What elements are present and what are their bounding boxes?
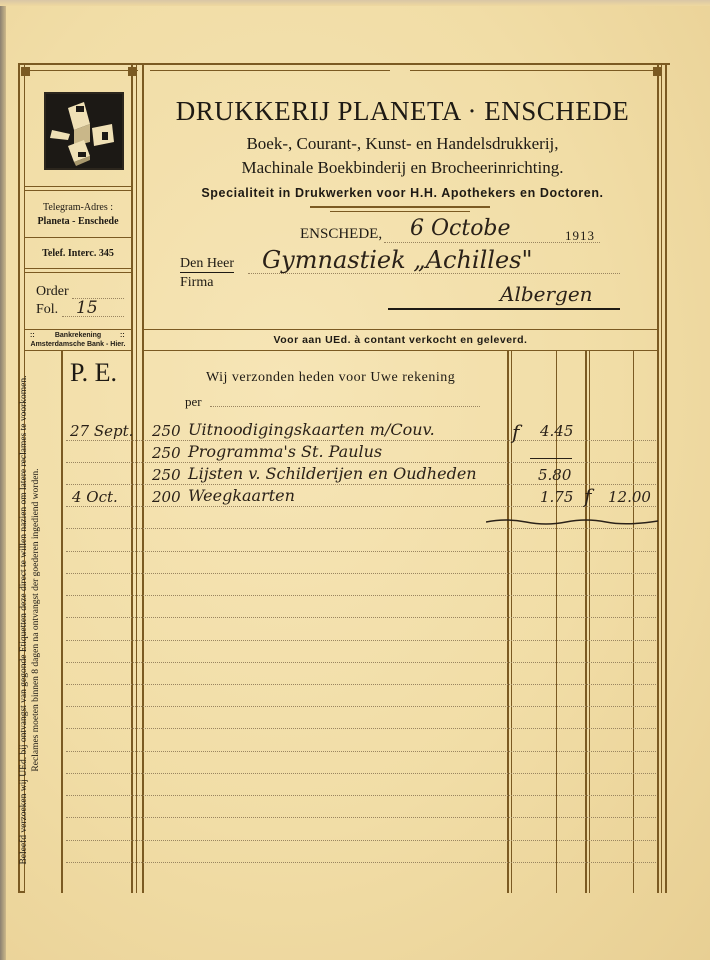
- corner-ornament: [128, 67, 137, 76]
- total-currency: f: [584, 484, 591, 508]
- sold-line: Voor aan UEd. à contant verkocht en gele…: [144, 334, 657, 346]
- frame-top-inner-right: [410, 70, 658, 71]
- place-label: ENSCHEDE,: [300, 226, 382, 243]
- header-divider: [144, 329, 657, 330]
- printer-logo: [44, 92, 124, 170]
- item-desc: Lijsten v. Schilderijen en Oudheden: [188, 464, 477, 483]
- ornament-rule-2: [330, 211, 470, 212]
- frame-top-inner-mid: [150, 70, 390, 71]
- item-qty: 250: [152, 422, 181, 440]
- pe-label: P. E.: [70, 358, 117, 388]
- bank-label: Bankrekening: [26, 332, 130, 339]
- recipient-name: Gymnastiek „Achilles": [262, 246, 533, 274]
- item-desc: Uitnoodigingskaarten m/Couv.: [188, 420, 435, 439]
- item-qty: 250: [152, 466, 181, 484]
- sidebar-divider: [24, 329, 132, 330]
- item-amount: 4.45: [540, 422, 573, 440]
- shipped-line: Wij verzonden heden voor Uwe rekening: [206, 370, 455, 386]
- company-specialty: Specialiteit in Drukwerken voor H.H. Apo…: [150, 186, 655, 200]
- bank-name: Amsterdamsche Bank - Hier.: [26, 341, 130, 348]
- total-underline-squiggle: [486, 516, 658, 526]
- notice-line-1: Beleefd verzoeken wij UEd. bij ontvangst…: [18, 350, 30, 890]
- frame-divider-1: [131, 63, 133, 893]
- item-date: 27 Sept.: [70, 422, 133, 440]
- frame-divider-2: [136, 63, 137, 893]
- type-blocks-icon: [46, 94, 122, 168]
- invoice-document: DRUKKERIJ PLANETA · ENSCHEDE Boek-, Cour…: [0, 0, 710, 960]
- notice-line-2: Reclames moeten binnen 8 dagen na ontvan…: [30, 350, 42, 890]
- telegram-label: Telegram-Adres :: [26, 202, 130, 213]
- den-heer-label: Den Heer: [180, 256, 234, 273]
- company-name: DRUKKERIJ PLANETA · ENSCHEDE: [150, 96, 655, 127]
- invoice-total: 12.00: [608, 488, 651, 506]
- frame-right-1: [657, 63, 659, 893]
- per-label: per: [185, 394, 202, 410]
- pe-column-divider: [61, 351, 63, 893]
- sidebar-divider: [24, 268, 132, 269]
- firma-label: Firma: [180, 275, 213, 291]
- telephone-number: Telef. Interc. 345: [26, 248, 130, 259]
- recipient-city: Albergen: [500, 282, 593, 306]
- header-divider-2: [144, 350, 657, 351]
- item-desc: Programma's St. Paulus: [188, 442, 382, 461]
- fol-label: Fol.: [36, 302, 58, 318]
- item-amount-dash: [530, 458, 572, 459]
- frame-bottom-left: [18, 891, 25, 893]
- paper-edge: [0, 0, 6, 960]
- year: 1913: [565, 228, 595, 244]
- company-services-2: Machinale Boekbinderij en Brocheerinrich…: [150, 158, 655, 178]
- sidebar-divider: [24, 272, 132, 273]
- order-label: Order: [36, 284, 69, 300]
- date-handwritten: 6 Octobe: [410, 216, 511, 241]
- paper-edge-top: [0, 0, 710, 6]
- frame-right-3: [665, 63, 667, 893]
- item-qty: 200: [152, 488, 181, 506]
- item-date: 4 Oct.: [72, 488, 118, 506]
- total-column-line: [589, 351, 590, 893]
- frame-divider-3: [142, 63, 144, 893]
- ornament-rule: [310, 206, 490, 208]
- item-currency: f: [512, 420, 519, 444]
- per-field[interactable]: [210, 406, 480, 407]
- fol-value: 15: [76, 298, 98, 318]
- reclamation-notice: Beleefd verzoeken wij UEd. bij ontvangst…: [18, 350, 42, 890]
- total-cents-line: [633, 351, 634, 893]
- amount-column-line: [507, 351, 509, 893]
- corner-ornament: [653, 67, 662, 76]
- item-amount: 1.75: [540, 488, 573, 506]
- frame-top-inner-left: [28, 70, 138, 71]
- item-qty: 250: [152, 444, 181, 462]
- item-amount: 5.80: [538, 466, 571, 484]
- fol-field[interactable]: [62, 316, 124, 317]
- address-underline: [388, 308, 620, 310]
- corner-ornament: [21, 67, 30, 76]
- total-column-line: [585, 351, 587, 893]
- frame-right-2: [661, 63, 662, 893]
- sidebar-divider: [24, 186, 132, 187]
- item-desc: Weegkaarten: [188, 486, 295, 505]
- sidebar-divider: [24, 237, 132, 238]
- telegram-address: Planeta - Enschede: [26, 216, 130, 227]
- frame-top: [18, 63, 670, 65]
- sidebar-divider: [24, 190, 132, 191]
- company-services: Boek-, Courant-, Kunst- en Handelsdrukke…: [150, 134, 655, 154]
